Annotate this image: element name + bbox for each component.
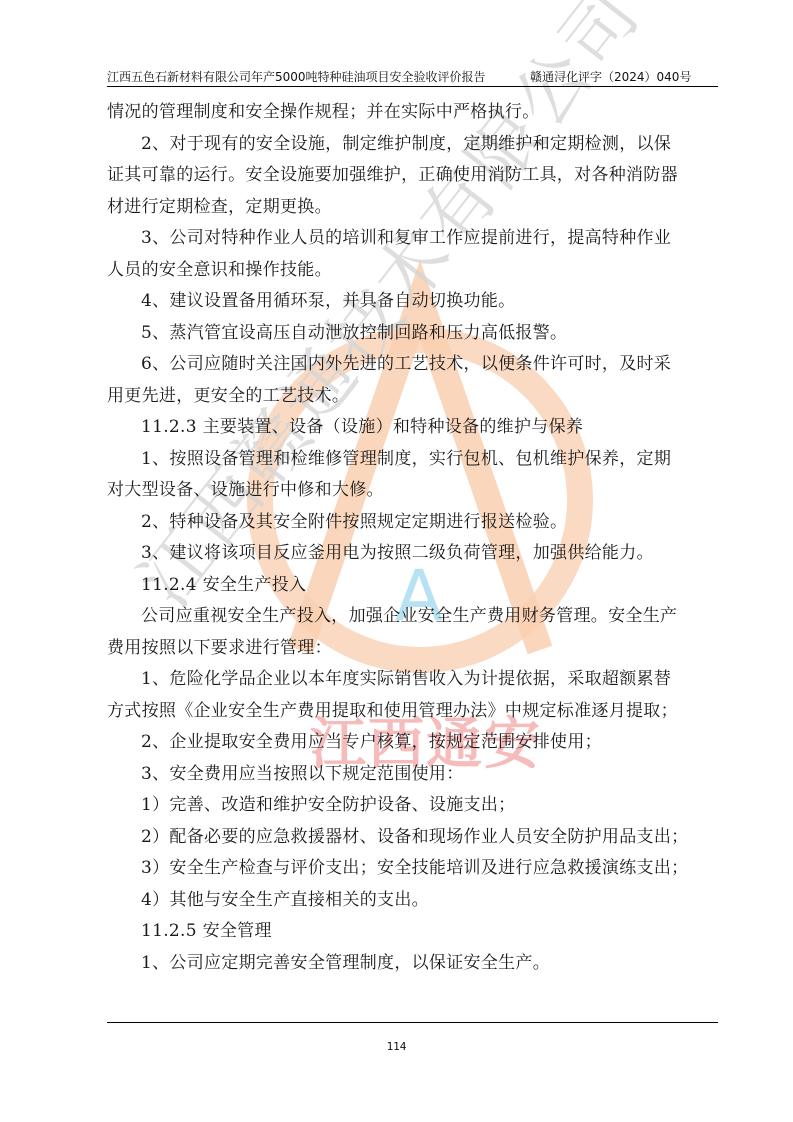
paragraph-line: 2、企业提取安全费用应当专户核算，按规定范围安排使用； [107,727,719,759]
paragraph-line: 11.2.3 主要装置、设备（设施）和特种设备的维护与保养 [107,412,719,444]
paragraph-line: 公司应重视安全生产投入，加强企业安全生产费用财务管理。安全生产 [107,601,719,633]
paragraph-line: 对大型设备、设施进行中修和大修。 [107,475,719,507]
paragraph-line: 方式按照《企业安全生产费用提取和使用管理办法》中规定标准逐月提取； [107,696,719,728]
document-number: 赣通浔化评字（2024）040号 [530,68,691,86]
page-header: 江西五色石新材料有限公司年产5000吨特种硅油项目安全验收评价报告 赣通浔化评字… [107,68,718,87]
page-number: 114 [0,1040,793,1053]
paragraph-line: 3、建议将该项目反应釜用电为按照二级负荷管理，加强供给能力。 [107,538,719,570]
paragraph-line: 6、公司应随时关注国内外先进的工艺技术，以便条件许可时，及时采 [107,349,719,381]
paragraph-line: 用更先进，更安全的工艺技术。 [107,381,719,413]
paragraph-line: 情况的管理制度和安全操作规程；并在实际中严格执行。 [107,97,719,129]
paragraph-line: 2、对于现有的安全设施，制定维护制度，定期维护和定期检测，以保 [107,129,719,161]
paragraph-line: 人员的安全意识和操作技能。 [107,255,719,287]
paragraph-line: 1、危险化学品企业以本年度实际销售收入为计提依据，采取超额累替 [107,664,719,696]
paragraph-line: 5、蒸汽管宜设高压自动泄放控制回路和压力高低报警。 [107,318,719,350]
paragraph-line: 2、特种设备及其安全附件按照规定定期进行报送检验。 [107,507,719,539]
report-title: 江西五色石新材料有限公司年产5000吨特种硅油项目安全验收评价报告 [107,68,486,86]
paragraph-line: 4）其他与安全生产直接相关的支出。 [107,885,719,917]
paragraph-line: 1、按照设备管理和检维修管理制度，实行包机、包机维护保养，定期 [107,444,719,476]
paragraph-line: 费用按照以下要求进行管理： [107,633,719,665]
paragraph-line: 证其可靠的运行。安全设施要加强维护，正确使用消防工具，对各种消防器 [107,160,719,192]
footer-divider [107,1022,718,1023]
paragraph-line: 2）配备必要的应急救援器材、设备和现场作业人员安全防护用品支出； [107,822,719,854]
paragraph-line: 3）安全生产检查与评价支出；安全技能培训及进行应急救援演练支出； [107,853,719,885]
document-body: 情况的管理制度和安全操作规程；并在实际中严格执行。2、对于现有的安全设施，制定维… [107,97,719,979]
paragraph-line: 材进行定期检查，定期更换。 [107,192,719,224]
paragraph-line: 1）完善、改造和维护安全防护设备、设施支出； [107,790,719,822]
paragraph-line: 4、建议设置备用循环泵，并具备自动切换功能。 [107,286,719,318]
paragraph-line: 3、安全费用应当按照以下规定范围使用： [107,759,719,791]
paragraph-line: 11.2.5 安全管理 [107,916,719,948]
paragraph-line: 1、公司应定期完善安全管理制度，以保证安全生产。 [107,948,719,980]
paragraph-line: 11.2.4 安全生产投入 [107,570,719,602]
paragraph-line: 3、公司对特种作业人员的培训和复审工作应提前进行，提高特种作业 [107,223,719,255]
